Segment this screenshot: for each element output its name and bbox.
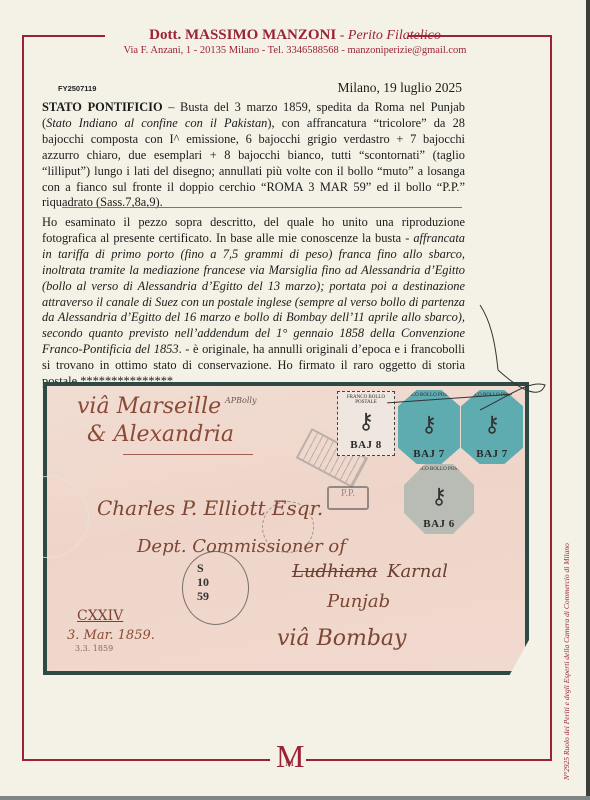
small-signature: APBolly: [225, 396, 257, 405]
route-line-2: & Alexandria: [87, 422, 234, 447]
scan-edge-bottom: [0, 796, 590, 800]
opinion-paragraph: Ho esaminato il pezzo sopra descritto, d…: [42, 215, 465, 390]
roma-postmark: [262, 501, 314, 553]
stamp-value: BAJ 6: [404, 518, 474, 530]
stamp-8-baj: FRANCO BOLLO POSTALE ⚷ BAJ 8: [337, 391, 395, 456]
certificate-date: Milano, 19 luglio 2025: [338, 80, 463, 96]
docket-date: 3. Mar. 1859.: [67, 628, 155, 643]
description-paragraph: STATO PONTIFICIO – Busta del 3 marzo 185…: [42, 100, 465, 211]
struck-place: Ludhiana: [292, 561, 377, 582]
embossed-seal: [7, 476, 89, 558]
crossed-keys-icon: ⚷: [421, 411, 437, 437]
description-segment: Stato Indiano al confine con il Pakistan: [46, 116, 267, 130]
transit-postmark-text: S 10 59: [197, 561, 209, 603]
docket-number: CXXIV: [77, 608, 123, 624]
registry-note: N°2925 Ruolo dei Periti e degli Esperti …: [562, 543, 571, 780]
description-title: STATO PONTIFICIO: [42, 100, 163, 114]
logo-letter-small: M: [285, 758, 294, 769]
opinion-segment: Ho esaminato il pezzo sopra descritto, d…: [42, 215, 465, 245]
opinion-segment: affrancata in tariffa di primo porto (fi…: [42, 231, 465, 356]
address-line-2: Dept. Commissioner of: [137, 536, 346, 557]
stamp-inscription: FRANCO BOLLO POSTALE: [404, 467, 474, 472]
envelope-photo: viâ Marseille & Alexandria APBolly Charl…: [43, 382, 529, 675]
expert-address: Via F. Anzani, 1 - 20135 Milano - Tel. 3…: [0, 45, 590, 56]
pp-boxed-mark: P.P.: [327, 486, 369, 510]
paragraph-separator: [62, 207, 462, 208]
crossed-keys-icon: ⚷: [358, 408, 374, 434]
route-line-1: viâ Marseille: [77, 394, 221, 419]
crossed-keys-icon: ⚷: [431, 483, 447, 509]
stamp-value: BAJ 7: [398, 448, 460, 460]
expert-role: - Perito Filatelico: [336, 28, 441, 43]
address-city: Karnal: [387, 561, 448, 582]
stamp-inscription: FRANCO BOLLO POSTALE: [338, 395, 394, 405]
scan-edge-right: [586, 0, 590, 800]
transit-postmark: [182, 551, 249, 625]
pencil-date: 3.3. 1859: [75, 644, 113, 653]
stamp-value: BAJ 7: [461, 448, 523, 460]
stamp-value: BAJ 8: [338, 439, 394, 451]
address-via: viâ Bombay: [277, 626, 406, 651]
stamp-6-baj: FRANCO BOLLO POSTALE ⚷ BAJ 6: [404, 464, 474, 534]
expert-name: Dott. MASSIMO MANZONI: [149, 27, 336, 43]
monogram-logo: M M: [276, 738, 300, 778]
certificate-reference: FY2507119: [58, 84, 96, 93]
letterhead: Dott. MASSIMO MANZONI - Perito Filatelic…: [0, 26, 590, 56]
address-region: Punjab: [327, 591, 390, 612]
expert-signature-icon: [470, 300, 550, 420]
route-underline: [123, 454, 253, 455]
